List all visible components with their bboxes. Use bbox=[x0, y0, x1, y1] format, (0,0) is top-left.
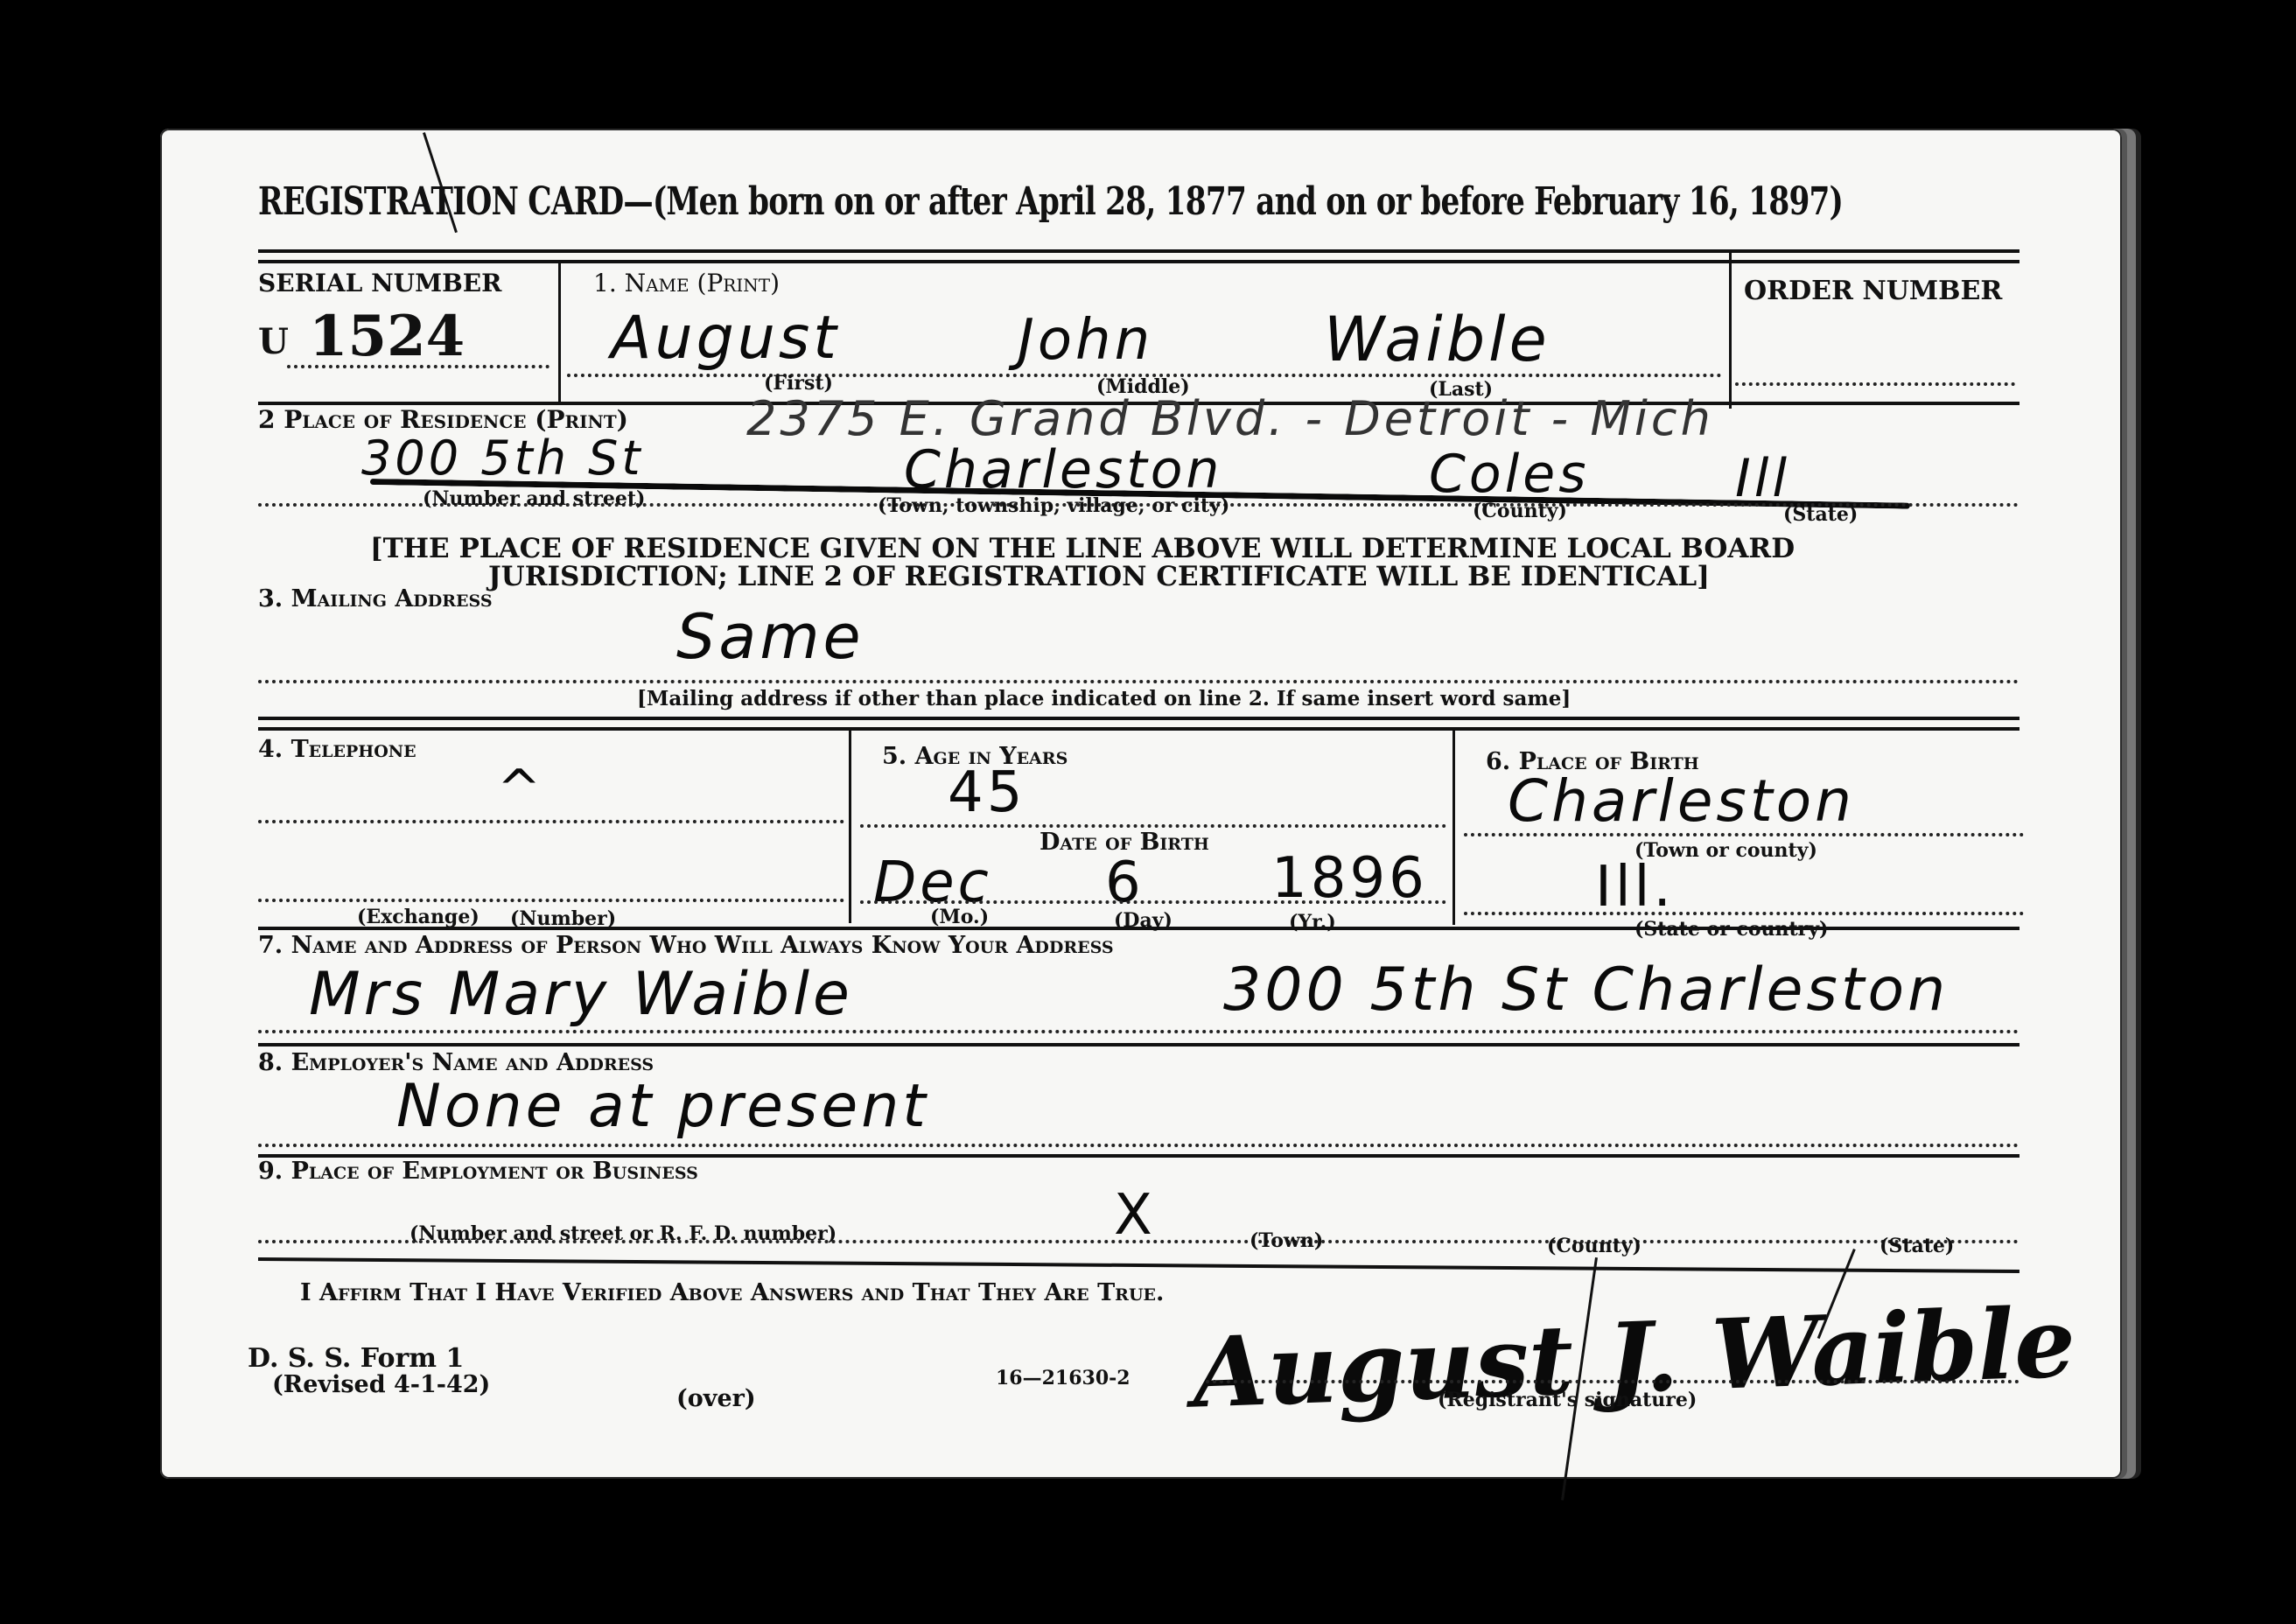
serial-prefix: U bbox=[258, 321, 289, 362]
serial-number-label: SERIAL NUMBER bbox=[258, 269, 501, 297]
employment-place-value: X bbox=[1114, 1183, 1156, 1248]
over-note: (over) bbox=[676, 1385, 756, 1412]
telephone-label: 4. Telephone bbox=[258, 736, 416, 763]
affirmation-top-rule bbox=[258, 1257, 2019, 1273]
employment-state-caption: (State) bbox=[1879, 1235, 1954, 1257]
dob-year-caption: (Yr.) bbox=[1289, 911, 1336, 934]
age-value: 45 bbox=[948, 760, 1025, 825]
birthplace-town-underline bbox=[1464, 833, 2024, 836]
employment-place-label: 9. Place of Employment or Business bbox=[258, 1158, 698, 1185]
residence-state-caption: (State) bbox=[1783, 503, 1858, 526]
order-divider bbox=[1729, 251, 1732, 409]
residence-county-caption: (County) bbox=[1473, 500, 1567, 522]
employment-county-caption: (County) bbox=[1547, 1235, 1641, 1257]
header-rule-top bbox=[258, 249, 2019, 253]
telephone-exchange-caption: (Exchange) bbox=[357, 906, 479, 928]
form-revision: (Revised 4-1-42) bbox=[272, 1371, 490, 1398]
row7-top-rule bbox=[258, 927, 2019, 930]
mailing-address-label: 3. Mailing Address bbox=[258, 585, 493, 612]
signature-caption: (Registrant's signature) bbox=[1438, 1389, 1697, 1411]
employer-underline bbox=[258, 1144, 2019, 1147]
affirmation-text: I Affirm That I Have Verified Above Answ… bbox=[300, 1279, 1164, 1306]
employer-value: None at present bbox=[396, 1072, 929, 1141]
dob-month-caption: (Mo.) bbox=[930, 906, 989, 928]
card-title-block: REGISTRATION CARD—(Men born on or after … bbox=[258, 179, 2290, 224]
mailing-address-value: Same bbox=[676, 601, 864, 673]
telephone-underline-1 bbox=[258, 820, 844, 823]
residence-town-caption: (Town, township, village, or city) bbox=[878, 494, 1229, 517]
mailing-address-underline bbox=[258, 680, 2019, 683]
order-number-underline bbox=[1735, 382, 2015, 386]
mailing-address-caption: [Mailing address if other than place ind… bbox=[637, 687, 1571, 710]
serial-underline bbox=[287, 365, 549, 368]
serial-number-value: 1524 bbox=[309, 304, 465, 369]
print-code: 16—21630-2 bbox=[996, 1367, 1130, 1389]
row8-top-rule bbox=[258, 1043, 2019, 1046]
contact-person-address: 300 5th St Charleston bbox=[1223, 955, 1949, 1025]
employment-town-caption: (Town) bbox=[1249, 1229, 1323, 1252]
signature-underline bbox=[1206, 1380, 2019, 1383]
card-subtitle: —(Men born on or after April 28, 1877 an… bbox=[623, 179, 1843, 224]
contact-person-name: Mrs Mary Waible bbox=[309, 960, 853, 1029]
form-name: D. S. S. Form 1 bbox=[248, 1343, 464, 1374]
header-rule-bottom bbox=[258, 260, 2019, 263]
telephone-underline-2 bbox=[258, 899, 844, 902]
residence-instruction-line2: JURISDICTION; LINE 2 OF REGISTRATION CER… bbox=[488, 561, 1710, 592]
order-number-label: ORDER NUMBER bbox=[1744, 276, 2002, 306]
name-label: 1. Name (Print) bbox=[593, 269, 780, 297]
residence-original-street: 300 5th St bbox=[361, 430, 644, 486]
residence-instruction-line1: [THE PLACE OF RESIDENCE GIVEN ON THE LIN… bbox=[370, 533, 1795, 564]
residence-street-caption: (Number and street) bbox=[423, 487, 645, 510]
telephone-value: ^ bbox=[497, 759, 544, 820]
serial-divider bbox=[558, 262, 561, 403]
dob-underline bbox=[860, 900, 1446, 904]
birthplace-town: Charleston bbox=[1508, 767, 1855, 835]
name-last: Waible bbox=[1324, 304, 1550, 375]
name-middle: John bbox=[1018, 308, 1153, 373]
telephone-age-divider bbox=[849, 729, 851, 923]
dob-day: 6 bbox=[1105, 850, 1144, 915]
age-birthplace-divider bbox=[1452, 731, 1455, 925]
contact-person-underline bbox=[258, 1030, 2019, 1033]
birthplace-state: Ill. bbox=[1595, 855, 1675, 920]
employment-street-caption: (Number and street or R. F. D. number) bbox=[409, 1222, 836, 1245]
section-rule-top bbox=[258, 717, 2019, 720]
registration-card: REGISTRATION CARD—(Men born on or after … bbox=[160, 129, 2122, 1479]
section-rule-bottom bbox=[258, 727, 2019, 731]
residence-amended-value: 2375 E. Grand Blvd. - Detroit - Mich bbox=[746, 391, 1714, 446]
contact-person-label: 7. Name and Address of Person Who Will A… bbox=[258, 932, 1114, 959]
birthplace-state-underline bbox=[1464, 912, 2024, 915]
age-underline bbox=[860, 824, 1446, 828]
name-first: August bbox=[611, 304, 840, 373]
